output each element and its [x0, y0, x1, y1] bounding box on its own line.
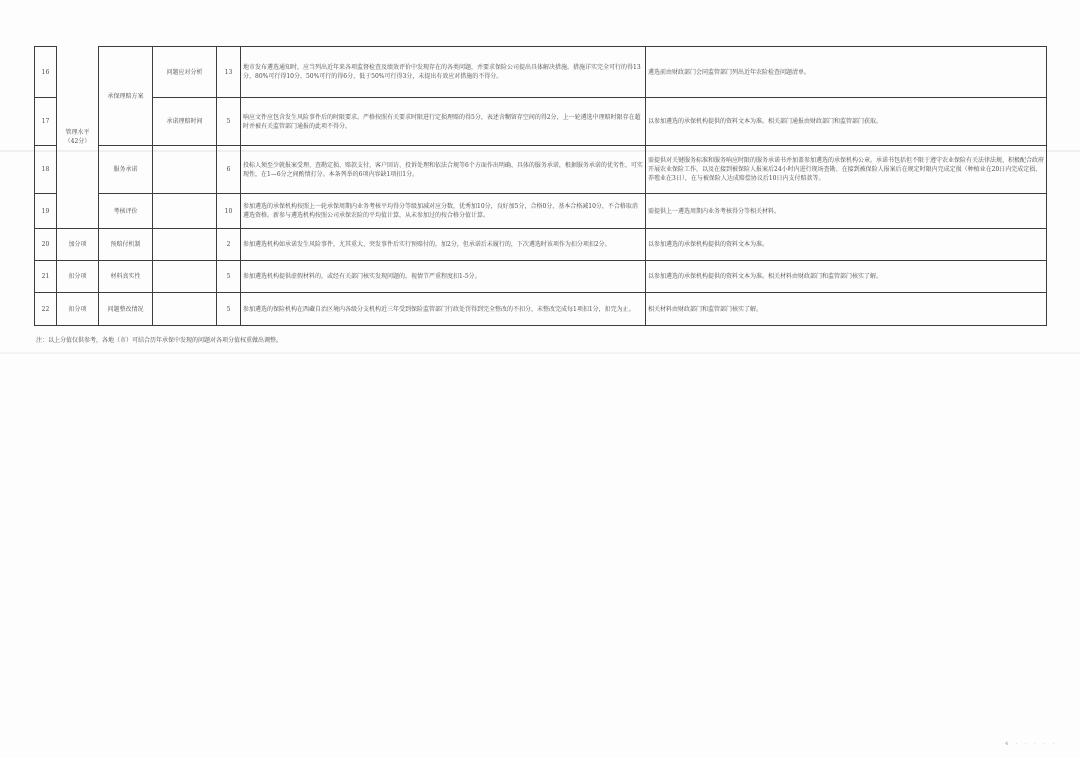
page-number: 4 · · · · · — [1005, 741, 1057, 747]
level1-category: 加分项 — [57, 229, 99, 261]
level3-category — [153, 261, 217, 293]
score: 6 — [217, 146, 241, 194]
table-row: 22 扣分项 问题整改情况 5 参加遴选的保险机构在西藏自治区境内各级分支机构近… — [35, 293, 1047, 326]
table-row: 17 承诺理赔时间 5 响应文件应包含发生风险事件后的时限要求。严格按照有关要求… — [35, 98, 1047, 146]
level3-category — [153, 229, 217, 261]
level3-category — [153, 146, 217, 194]
scoring-criteria: 参加遴选的保险机构在西藏自治区境内各级分支机构近三年受到保险监管部门行政处罚得到… — [241, 293, 646, 326]
table-row: 19 考核评价 10 参加遴选的承保机构按照上一轮承保周期内业务考核平均得分等级… — [35, 194, 1047, 229]
score: 5 — [217, 261, 241, 293]
footnote: 注：以上分值仅供参考，各地（市）可结合历年承保中发现的问题对各项分值权重做出调整… — [36, 335, 282, 344]
level3-category: 问题应对分析 — [153, 47, 217, 98]
scoring-criteria: 参加遴选机构如承诺发生风险事件，尤其重大、突发事件后实行预赔付的，加2分，但承诺… — [241, 229, 646, 261]
level1-category: 扣分项 — [57, 293, 99, 326]
level3-category — [153, 293, 217, 326]
scoring-basis: 相关材料由财政部门和监管部门核实了解。 — [646, 293, 1047, 326]
score: 5 — [217, 293, 241, 326]
level2-category: 承保理赔方案 — [99, 47, 153, 146]
level1-category: 扣分项 — [57, 261, 99, 293]
score: 10 — [217, 194, 241, 229]
level2-category: 考核评价 — [99, 194, 153, 229]
scoring-criteria: 参加遴选的承保机构按照上一轮承保周期内业务考核平均得分等级加减对应分数，优秀加1… — [241, 194, 646, 229]
row-number: 20 — [35, 229, 57, 261]
level2-category: 预赔付机制 — [99, 229, 153, 261]
row-number: 22 — [35, 293, 57, 326]
level2-category: 问题整改情况 — [99, 293, 153, 326]
scoring-basis: 以参加遴选的承保机构提供的资料文本为准。相关材料由财政部门和监管部门核实了解。 — [646, 261, 1047, 293]
level1-category: 管理水平（42分） — [57, 47, 99, 229]
table-row: 16 管理水平（42分） 承保理赔方案 问题应对分析 13 地市发布遴选通知时，… — [35, 47, 1047, 98]
score: 5 — [217, 98, 241, 146]
table-row: 20 加分项 预赔付机制 2 参加遴选机构如承诺发生风险事件，尤其重大、突发事件… — [35, 229, 1047, 261]
scoring-basis: 以参加遴选的承保机构提供的资料文本为准。相关部门通报由财政部门和监管部门获取。 — [646, 98, 1047, 146]
level2-category: 材料真实性 — [99, 261, 153, 293]
row-number: 18 — [35, 146, 57, 194]
scoring-basis: 需提供对关键服务标准和服务响应时限的服务承诺书并加盖参加遴选的承保机构公章。承诺… — [646, 146, 1047, 194]
scoring-basis: 以参加遴选的承保机构提供的资料文本为准。 — [646, 229, 1047, 261]
row-number: 21 — [35, 261, 57, 293]
scoring-criteria: 响应文件应包含发生风险事件后的时限要求。严格按照有关要求时限进行定损理赔的得5分… — [241, 98, 646, 146]
scoring-basis: 遴选前由财政部门会同监管部门列出近年农险检查问题清单。 — [646, 47, 1047, 98]
score: 2 — [217, 229, 241, 261]
scoring-criteria: 参加遴选机构提供虚假材料的，或经有关部门核实发现问题的，视情节严重程度扣1-5分… — [241, 261, 646, 293]
row-number: 16 — [35, 47, 57, 98]
score: 13 — [217, 47, 241, 98]
table-row: 18 服务承诺 6 投标人须至少就报案受理、查勘定损、赔款支付、客户回访、投诉处… — [35, 146, 1047, 194]
scoring-table: 16 管理水平（42分） 承保理赔方案 问题应对分析 13 地市发布遴选通知时，… — [34, 46, 1047, 326]
level3-category — [153, 194, 217, 229]
scan-artifact — [0, 352, 1080, 354]
row-number: 19 — [35, 194, 57, 229]
level3-category: 承诺理赔时间 — [153, 98, 217, 146]
scoring-basis: 需提供上一遴选周期内业务考核得分等相关材料。 — [646, 194, 1047, 229]
scoring-criteria: 地市发布遴选通知时，应当列出近年来各项监督检查及绩效评价中发现存在的各类问题，并… — [241, 47, 646, 98]
table-row: 21 扣分项 材料真实性 5 参加遴选机构提供虚假材料的，或经有关部门核实发现问… — [35, 261, 1047, 293]
row-number: 17 — [35, 98, 57, 146]
document-page: 16 管理水平（42分） 承保理赔方案 问题应对分析 13 地市发布遴选通知时，… — [0, 0, 1080, 758]
scoring-criteria: 投标人须至少就报案受理、查勘定损、赔款支付、客户回访、投诉处理和依法合规等6个方… — [241, 146, 646, 194]
level2-category: 服务承诺 — [99, 146, 153, 194]
